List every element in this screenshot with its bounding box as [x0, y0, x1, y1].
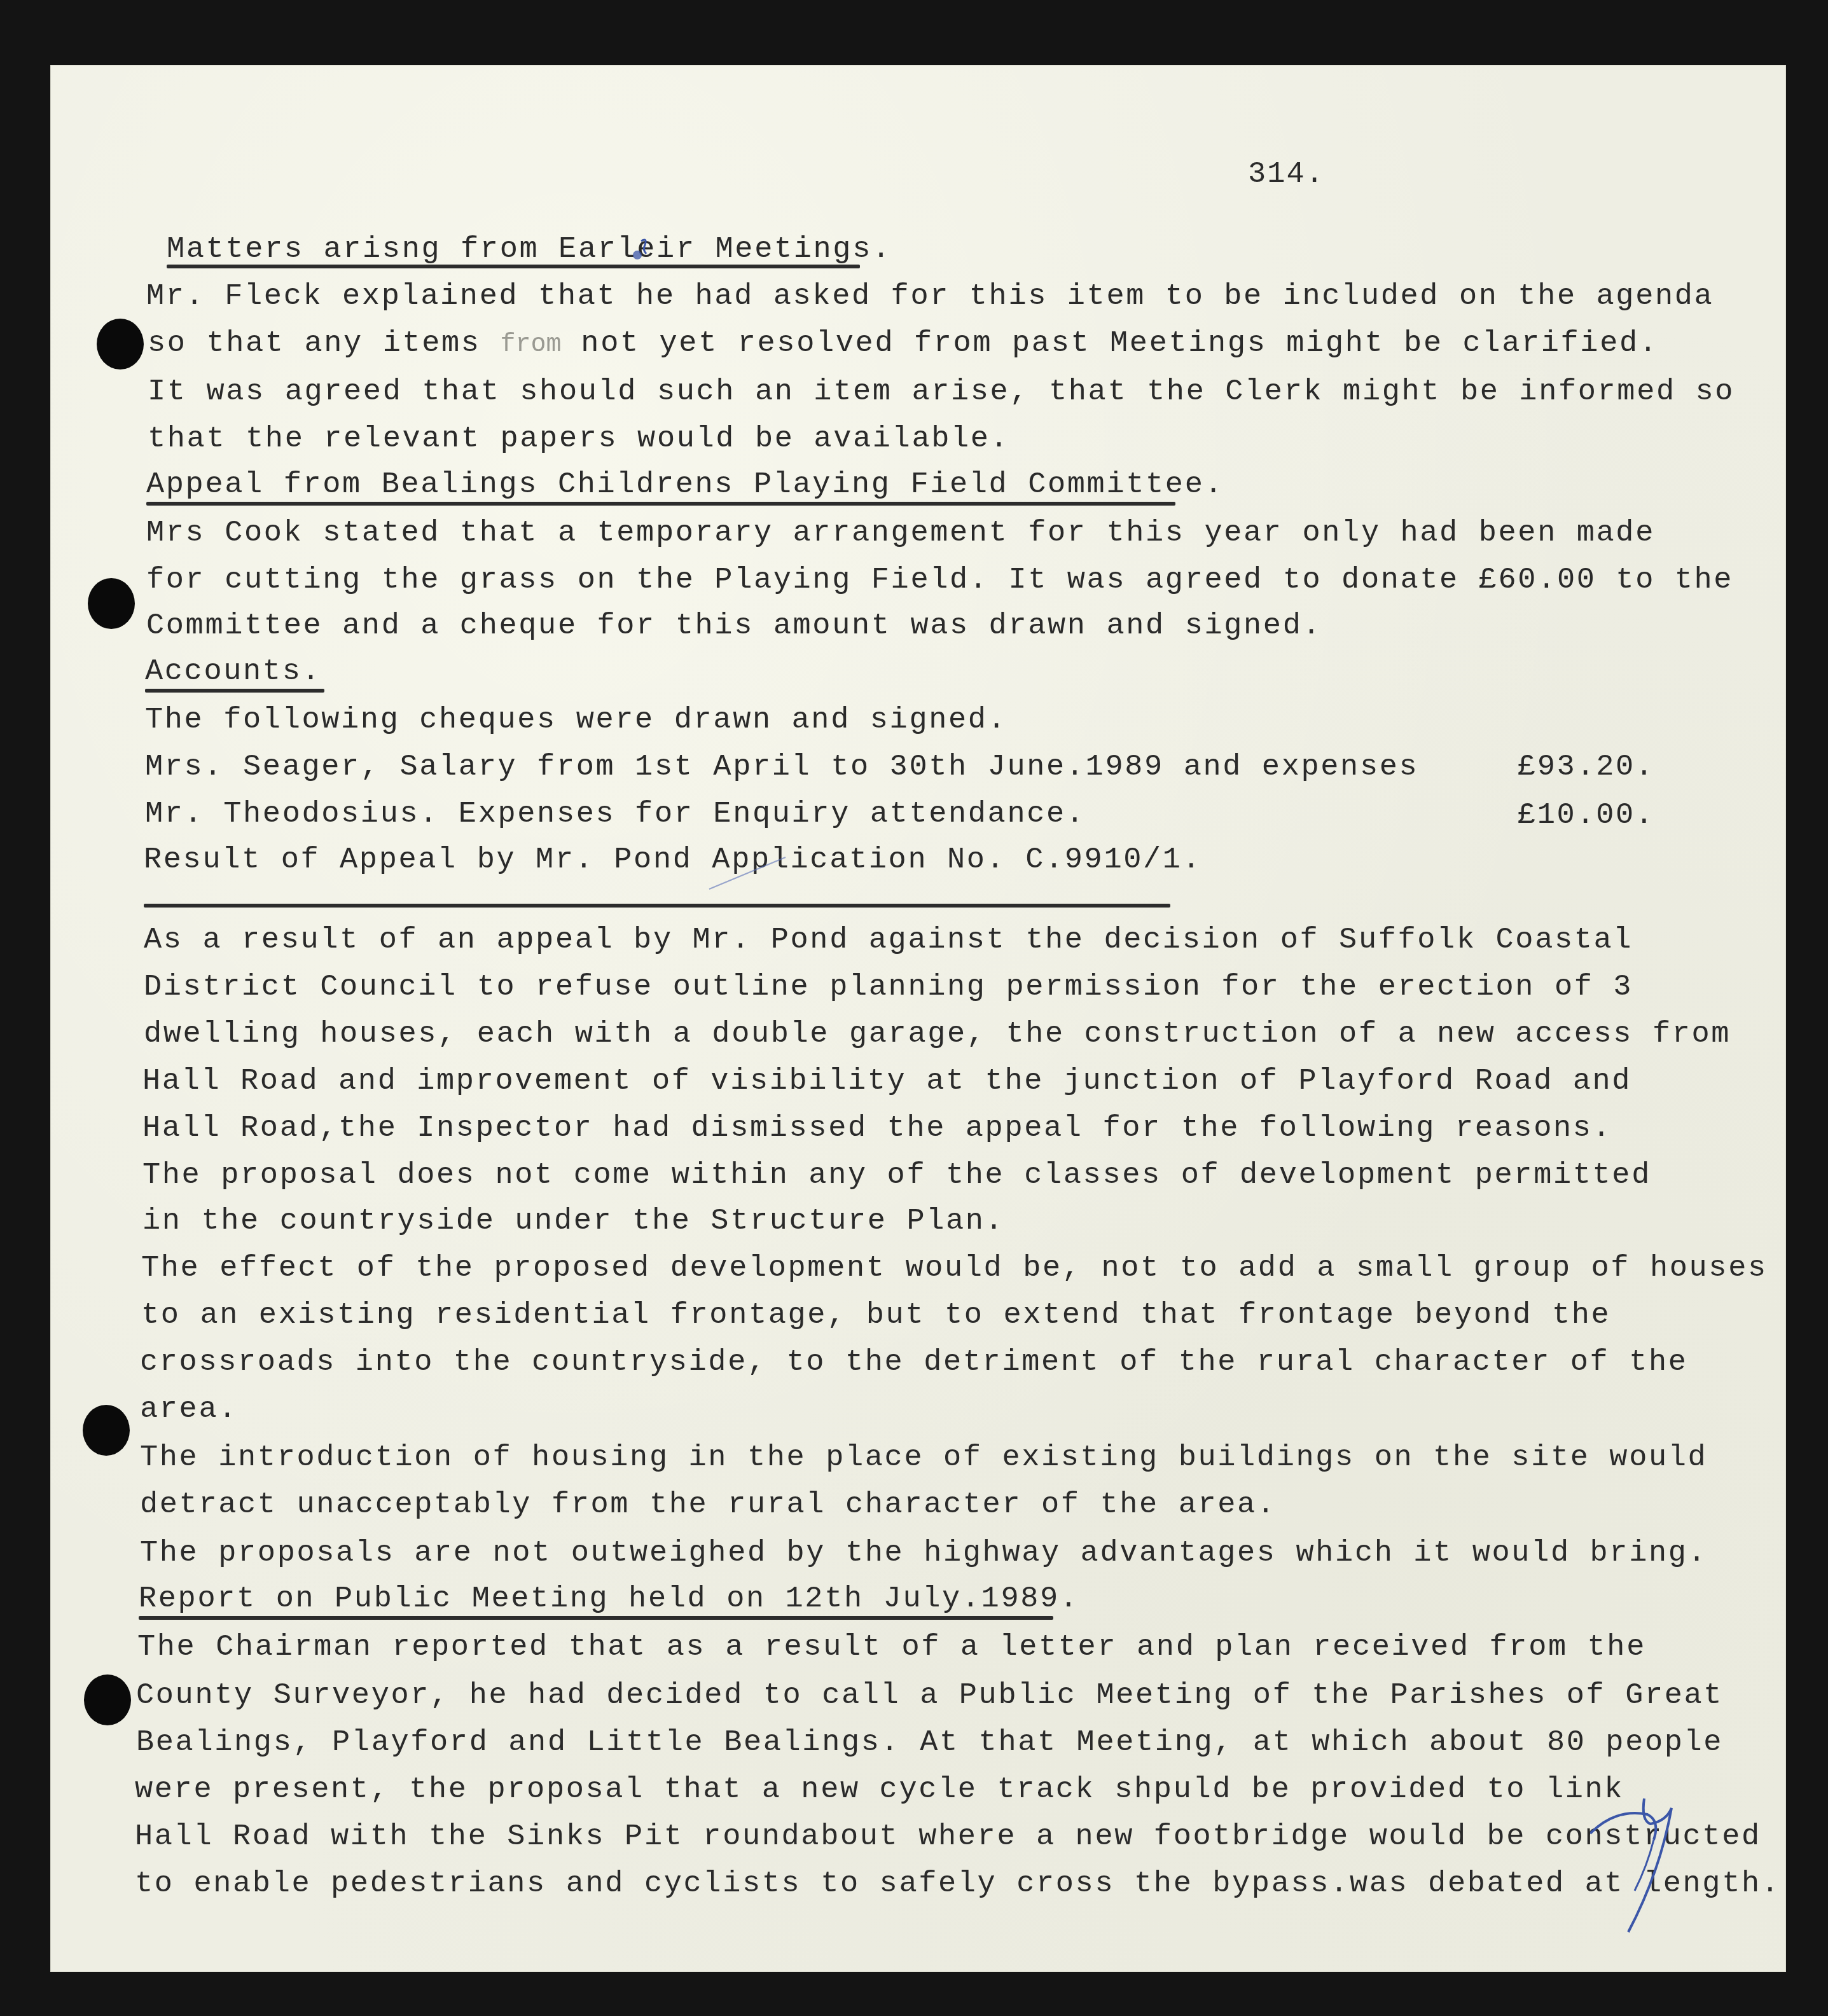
paragraph-line: It was agreed that should such an item a…	[148, 373, 1735, 411]
paragraph-line: Hall Road with the Sinks Pit roundabout …	[135, 1818, 1761, 1856]
paragraph-line: to an existing residential frontage, but…	[141, 1297, 1610, 1335]
paragraph-line: The proposal does not come within any of…	[142, 1157, 1651, 1195]
paragraph-line: were present, the proposal that a new cy…	[135, 1771, 1624, 1809]
accounts-intro: The following cheques were drawn and sig…	[145, 701, 1007, 740]
paragraph-line: crossroads into the countryside, to the …	[140, 1344, 1688, 1382]
paragraph-line: As a result of an appeal by Mr. Pond aga…	[144, 922, 1633, 960]
paragraph-line: The Chairman reported that as a result o…	[137, 1629, 1646, 1667]
heading-underline	[139, 1616, 1053, 1620]
punch-hole	[88, 578, 135, 629]
heading-underline	[167, 265, 860, 268]
paragraph-text: so that any items	[148, 327, 481, 361]
paragraph-line: for cutting the grass on the Playing Fie…	[146, 562, 1733, 600]
punch-hole	[84, 1674, 131, 1725]
paragraph-line: to enable pedestrians and cyclists to sa…	[135, 1865, 1781, 1903]
paragraph-line: District Council to refuse outline plann…	[144, 969, 1633, 1007]
pen-initials-mark	[1590, 1795, 1679, 1935]
section-heading-appeal-playing-field: Appeal from Bealings Childrens Playing F…	[146, 466, 1224, 504]
paragraph-text: not yet resolved from past Meetings migh…	[581, 327, 1658, 361]
paragraph-line: County Surveyor, he had decided to call …	[136, 1677, 1723, 1715]
paragraph-line: detract unacceptably from the rural char…	[140, 1486, 1277, 1524]
paragraph-line: in the countryside under the Structure P…	[142, 1203, 1004, 1241]
paragraph-line: The introduction of housing in the place…	[140, 1439, 1707, 1477]
pen-correction-mark	[630, 236, 655, 268]
paragraph-line: that the relevant papers would be availa…	[148, 420, 1009, 459]
paragraph-line: Hall Road,the Inspector had dismissed th…	[142, 1110, 1612, 1148]
paragraph-line: dwelling houses, each with a double gara…	[144, 1016, 1731, 1054]
heading-underline	[146, 502, 1175, 506]
paragraph-line: Bealings, Playford and Little Bealings. …	[136, 1724, 1723, 1762]
cheque-amount: £93.20.	[1518, 749, 1655, 787]
paragraph-line: area.	[140, 1391, 238, 1429]
paragraph-line: Committee and a cheque for this amount w…	[146, 607, 1322, 646]
struck-word: from	[501, 331, 562, 359]
section-heading-public-meeting: Report on Public Meeting held on 12th Ju…	[139, 1580, 1079, 1619]
paragraph-line: so that any items from not yet resolved …	[148, 325, 1659, 364]
pen-stroke	[706, 854, 789, 892]
paragraph-line: Mr. Fleck explained that he had asked fo…	[146, 278, 1714, 316]
paragraph-line: The proposals are not outweighed by the …	[140, 1535, 1707, 1573]
punch-hole	[97, 319, 144, 369]
punch-hole	[83, 1405, 130, 1456]
page-number: 314.	[1248, 158, 1325, 191]
section-heading-result-of-appeal: Result of Appeal by Mr. Pond Application…	[144, 841, 1201, 880]
cheque-amount: £10.00.	[1518, 797, 1655, 835]
paragraph-line: The effect of the proposed development w…	[141, 1250, 1768, 1288]
heading-underline	[145, 689, 324, 693]
section-heading-matters-arising: Matters arisng from Earleir Meetings.	[167, 231, 892, 269]
section-heading-accounts: Accounts.	[145, 653, 321, 691]
heading-underline	[144, 904, 1170, 908]
paragraph-line: Mrs Cook stated that a temporary arrange…	[146, 514, 1655, 553]
cheque-payee: Mr. Theodosius. Expenses for Enquiry att…	[145, 796, 1086, 834]
paragraph-line: Hall Road and improvement of visibility …	[142, 1063, 1631, 1101]
cheque-payee: Mrs. Seager, Salary from 1st April to 30…	[145, 749, 1418, 787]
document-page: 314. Matters arisng from Earleir Meeting…	[51, 66, 1785, 1971]
